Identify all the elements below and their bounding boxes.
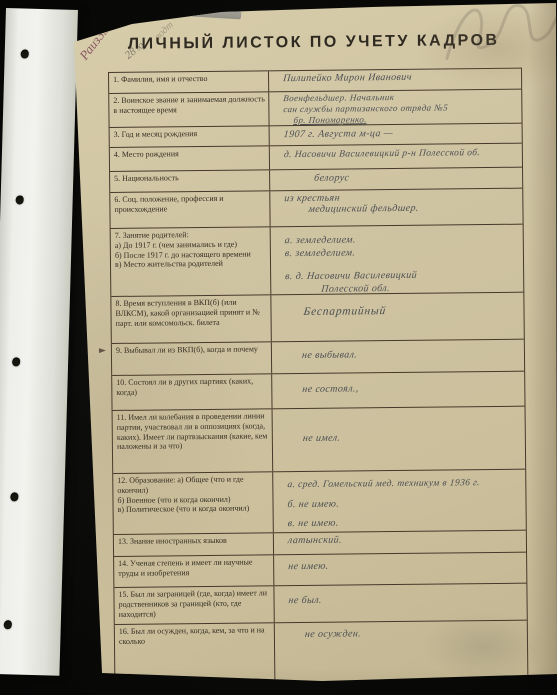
field-number: 2.: [113, 96, 119, 105]
form-table: 1.Фамилия, имя и отчество Пилипейко Миро…: [108, 68, 528, 684]
handwritten-entry: не осужден.: [304, 627, 527, 640]
table-row: 7.Занятие родителей: а) До 1917 г. (чем …: [111, 225, 524, 297]
field-label: 2.Воинское звание и занимаемая должность…: [109, 92, 269, 127]
table-row: 2.Воинское звание и занимаемая должность…: [109, 90, 521, 128]
field-label-text: Национальность: [122, 173, 179, 183]
field-label: 4.Место рождения: [110, 146, 270, 171]
handwritten-entry: в. не имею.: [287, 512, 527, 534]
field-label-text: Фамилия, имя и отчество: [121, 74, 207, 84]
field-number: 10.: [116, 378, 126, 387]
tape-fragment: [191, 0, 242, 19]
field-number: 9.: [116, 346, 122, 355]
field-number: 13.: [118, 537, 128, 546]
field-label-text: Выбывал ли из ВКП(б), когда и почему: [124, 344, 258, 354]
field-number: 16.: [119, 627, 129, 636]
punch-hole: [4, 620, 12, 629]
handwritten-entry: не имел.: [302, 431, 525, 444]
field-label-text: Имел ли колебания в проведении линии пар…: [117, 411, 268, 451]
handwritten-entry: в. земледелием.: [284, 245, 523, 261]
field-number: 11.: [117, 413, 127, 422]
field-label-text: Был ли заграницей (где, когда) имеет ли …: [119, 588, 267, 618]
field-value: 1907 г. Августа м-ца —: [270, 124, 522, 146]
field-number: 4.: [114, 150, 120, 159]
field-label-text: Ученая степень и имеет ли научные труды …: [118, 558, 252, 578]
field-label-text: Время вступления в ВКП(б) (или ВЛКСМ), к…: [115, 298, 259, 328]
margin-mark: [99, 348, 106, 353]
field-label: 14.Ученая степень и имеет ли научные тру…: [114, 555, 274, 587]
field-label: 8.Время вступления в ВКП(б) (или ВЛКСМ),…: [111, 295, 271, 343]
field-label-text: Состоял ли в других партиях (каких, когд…: [116, 376, 253, 396]
table-row: 10.Состоял ли в других партиях (каких, к…: [112, 372, 524, 411]
table-row: 12.Образование: а) Общее (что и где окон…: [113, 470, 526, 535]
scanned-document: Раиз35(35 28 ху водт ЛИЧНЫЙ ЛИСТОК ПО УЧ…: [0, 0, 557, 695]
table-row: 14.Ученая степень и имеет ли научные тру…: [114, 553, 526, 588]
field-label: 9.Выбывал ли из ВКП(б), когда и почему: [112, 342, 272, 375]
field-number: 3.: [114, 130, 120, 139]
field-label: 6.Соц. положение, профессия и происхожде…: [110, 191, 270, 228]
document-page: Раиз35(35 28 ху водт ЛИЧНЫЙ ЛИСТОК ПО УЧ…: [72, 0, 557, 695]
table-row: 6.Соц. положение, профессия и происхожде…: [110, 189, 522, 229]
field-label: 11.Имел ли колебания в проведении линии …: [113, 409, 274, 473]
field-value: из крестьян медицинский фельдшер.: [270, 189, 522, 227]
field-value: Пилипейко Мирон Иванович: [269, 69, 521, 92]
field-value: а. сред. Гомельский мед. техникум в 1936…: [273, 470, 526, 533]
field-number: 5.: [114, 174, 120, 183]
table-row: 9.Выбывал ли из ВКП(б), когда и почему н…: [112, 340, 524, 376]
field-value: не выбывал.: [272, 340, 524, 374]
handwritten-entry: 1907 г. Августа м-ца —: [283, 127, 522, 141]
field-label-text: Был ли осужден, когда, кем, за что и на …: [119, 625, 265, 645]
field-label: 5.Национальность: [110, 170, 270, 192]
field-number: 7.: [115, 231, 121, 240]
field-number: 12.: [117, 476, 127, 485]
handwritten-entry: б. не имею.: [287, 493, 527, 515]
field-label-text: Знание иностранных языков: [130, 536, 227, 546]
handwritten-entry: не имею.: [288, 559, 527, 573]
punch-hole: [16, 195, 24, 204]
field-number: 6.: [114, 195, 120, 204]
field-number: 15.: [118, 590, 128, 599]
punch-hole: [12, 357, 20, 366]
field-value: не был.: [274, 584, 526, 623]
field-value: латынский.: [274, 531, 526, 555]
handwritten-entry: не состоял.,: [302, 382, 525, 395]
handwritten-entry: не был.: [288, 593, 527, 607]
field-value: не имел.: [273, 407, 526, 472]
table-row: 11.Имел ли колебания в проведении линии …: [113, 407, 526, 474]
field-label-text: Воинское звание и занимаемая должность в…: [113, 94, 265, 114]
handwritten-entry: д. Насовичи Василевицкий р-н Полесской о…: [283, 148, 522, 161]
field-label-text: Место рождения: [122, 149, 179, 159]
field-label: 15.Был ли заграницей (где, когда) имеет …: [114, 586, 274, 624]
table-row: 8.Время вступления в ВКП(б) (или ВЛКСМ),…: [111, 293, 523, 344]
field-value: д. Насовичи Василевицкий р-н Полесской о…: [270, 144, 522, 170]
field-value: не осужден.: [275, 621, 528, 683]
field-value: белорус: [270, 168, 522, 191]
field-label-text: Образование: а) Общее (что и где окончил…: [117, 475, 249, 515]
field-value: а. земледелием. в. земледелием. в. д. На…: [271, 225, 524, 295]
field-number: 1.: [113, 75, 119, 84]
handwritten-entry: Беспартийный: [303, 304, 524, 318]
handwritten-entry: а. сред. Гомельский мед. техникум в 1936…: [286, 474, 526, 496]
handwritten-entry: белорус: [314, 171, 523, 184]
handwritten-entry: латынский.: [287, 533, 526, 547]
field-value: не состоял.,: [272, 372, 524, 409]
binder-page-edge: [0, 8, 78, 676]
handwritten-entry: Пилипейко Мирон Иванович: [283, 71, 522, 85]
field-label: 16.Был ли осужден, когда, кем, за что и …: [115, 623, 276, 684]
handwritten-entry: медицинский фельдшер.: [308, 202, 523, 215]
table-row: 15.Был ли заграницей (где, когда) имеет …: [114, 584, 526, 625]
field-label: 10.Состоял ли в других партиях (каких, к…: [112, 374, 272, 410]
punch-hole: [21, 49, 29, 58]
field-label-text: Год и месяц рождения: [122, 129, 198, 139]
page-content: Раиз35(35 28 ху водт ЛИЧНЫЙ ЛИСТОК ПО УЧ…: [71, 0, 557, 695]
field-label: 1.Фамилия, имя и отчество: [109, 71, 269, 93]
field-number: 14.: [118, 559, 128, 568]
field-value: не имею.: [274, 553, 526, 586]
field-number: 8.: [115, 299, 121, 308]
punch-hole: [10, 492, 18, 501]
field-value: Военфельдшер. Начальник сан службы парти…: [269, 90, 521, 126]
table-row: 16.Был ли осужден, когда, кем, за что и …: [115, 621, 528, 684]
field-label: 7.Занятие родителей: а) До 1917 г. (чем …: [111, 227, 272, 296]
field-value: Беспартийный: [271, 293, 523, 342]
field-label-text: Занятие родителей: а) До 1917 г. (чем за…: [115, 230, 251, 269]
field-label: 3.Год и месяц рождения: [110, 126, 270, 147]
field-label: 13.Знание иностранных языков: [114, 533, 274, 556]
field-label: 12.Образование: а) Общее (что и где окон…: [113, 472, 274, 534]
handwritten-entry: не выбывал.: [301, 348, 524, 361]
field-label-text: Соц. положение, профессия и происхождени…: [114, 194, 223, 214]
